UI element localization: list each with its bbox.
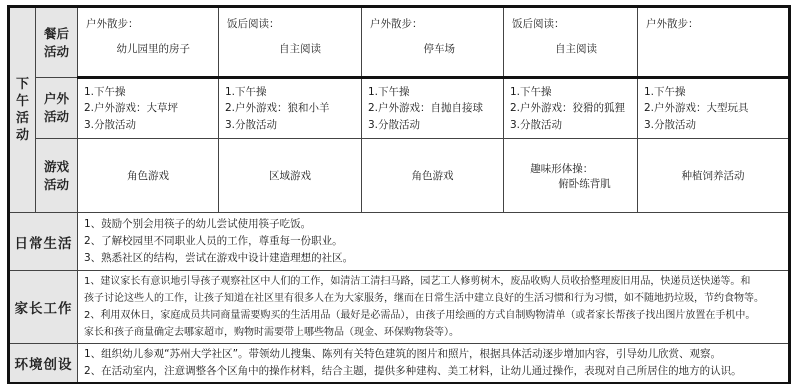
after-meal-cell-1: 户外散步： 幼儿园里的房子: [78, 7, 219, 78]
cell-lead: 户外散步：: [86, 16, 139, 31]
after-meal-cell-3: 户外散步： 停车场: [362, 7, 504, 78]
cell-detail: 停车场: [424, 41, 456, 56]
after-meal-cell-5: 户外散步：: [638, 7, 790, 78]
row-label-parent-work: 家长工作: [9, 271, 78, 344]
row-daily-life: 日常生活 1、鼓励个别会用筷子的幼儿尝试使用筷子吃饭。 2、了解校园里不同职业人…: [9, 213, 790, 271]
cell-lead: 饭后阅读：: [227, 16, 280, 31]
after-meal-cell-2: 饭后阅读： 自主阅读: [219, 7, 362, 78]
outdoor-cell-4: 1.下午操 2.户外游戏：狡猾的狐狸 3.分散活动: [504, 78, 638, 139]
row-label-after-meal: 餐后活动: [36, 7, 78, 78]
outdoor-cell-3: 1.下午操 2.户外游戏：自抛自接球 3.分散活动: [362, 78, 504, 139]
cell-detail: 自主阅读: [279, 41, 321, 56]
game-cell-5: 种植饲养活动: [638, 139, 790, 213]
row-label-outdoor: 户外活动: [36, 78, 78, 139]
cell-lead: 户外散步：: [646, 16, 699, 31]
parent-work-notes: 1、建议家长有意识地引导孩子观察社区中人们的工作，如清洁工清扫马路，园艺工人修剪…: [78, 271, 790, 344]
game-cell-2: 区域游戏: [219, 139, 362, 213]
after-meal-cell-4: 饭后阅读： 自主阅读: [504, 7, 638, 78]
afternoon-label: 下午活动: [16, 76, 30, 144]
row-environment: 环境创设 1、组织幼儿参观“苏州大学社区”。带领幼儿搜集、陈列有关特色建筑的图片…: [9, 344, 790, 384]
daily-life-notes: 1、鼓励个别会用筷子的幼儿尝试使用筷子吃饭。 2、了解校园里不同职业人员的工作，…: [78, 213, 790, 271]
outdoor-cell-5: 1.下午操 2.户外游戏：大型玩具 3.分散活动: [638, 78, 790, 139]
game-cell-3: 角色游戏: [362, 139, 504, 213]
outdoor-cell-2: 1.下午操 2.户外游戏：狼和小羊 3.分散活动: [219, 78, 362, 139]
cell-detail: 自主阅读: [555, 41, 597, 56]
row-after-meal: 下午活动 餐后活动 户外散步： 幼儿园里的房子 饭后阅读： 自主阅读 户外散步：…: [9, 7, 790, 78]
game-cell-4: 趣味形体操： 俯卧练背肌: [504, 139, 638, 213]
row-label-daily-life: 日常生活: [9, 213, 78, 271]
cell-lead: 饭后阅读：: [512, 16, 565, 31]
row-parent-work: 家长工作 1、建议家长有意识地引导孩子观察社区中人们的工作，如清洁工清扫马路，园…: [9, 271, 790, 344]
game-cell-1: 角色游戏: [78, 139, 219, 213]
row-label-game: 游戏活动: [36, 139, 78, 213]
outdoor-cell-1: 1.下午操 2.户外游戏：大草坪 3.分散活动: [78, 78, 219, 139]
row-game: 游戏活动 角色游戏 区域游戏 角色游戏 趣味形体操： 俯卧练背肌 种植饲养活动: [9, 139, 790, 213]
cell-detail: 幼儿园里的房子: [117, 41, 191, 56]
environment-notes: 1、组织幼儿参观“苏州大学社区”。带领幼儿搜集、陈列有关特色建筑的图片和照片，根…: [78, 344, 790, 384]
section-label-afternoon: 下午活动: [9, 7, 36, 213]
weekly-plan-table: 下午活动 餐后活动 户外散步： 幼儿园里的房子 饭后阅读： 自主阅读 户外散步：…: [7, 5, 791, 384]
row-label-environment: 环境创设: [9, 344, 78, 384]
cell-lead: 户外散步：: [370, 16, 423, 31]
row-outdoor: 户外活动 1.下午操 2.户外游戏：大草坪 3.分散活动 1.下午操 2.户外游…: [9, 78, 790, 139]
